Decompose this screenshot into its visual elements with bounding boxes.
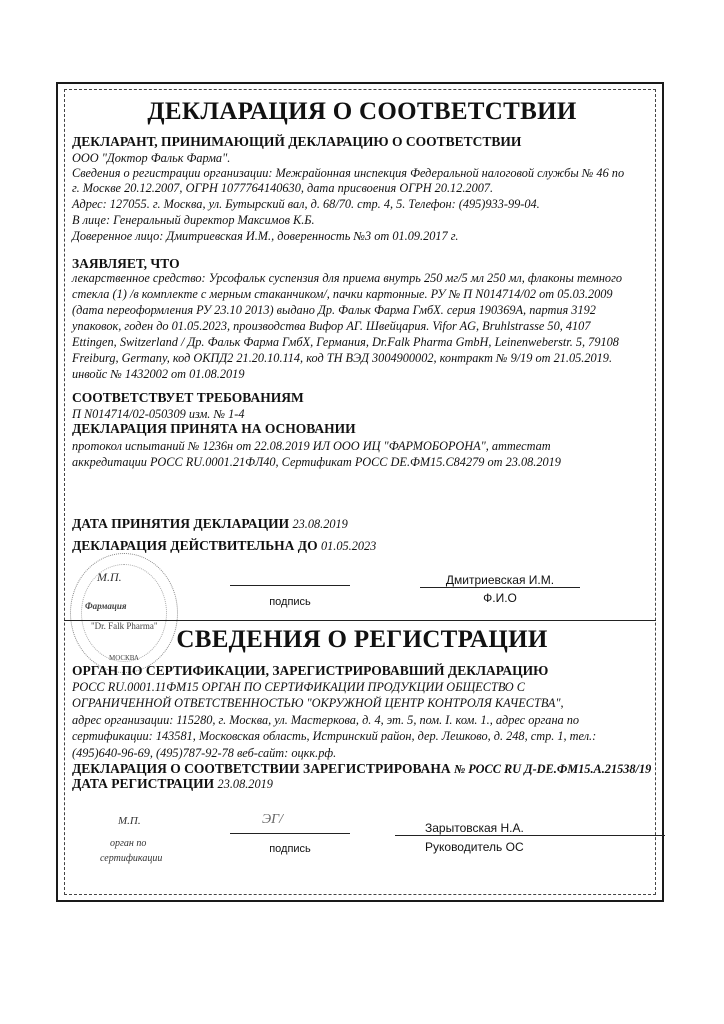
basis-line: протокол испытаний № 1236н от 22.08.2019… [72, 438, 551, 455]
signature-line-2 [230, 833, 350, 834]
signer-name: Дмитриевская И.М. [420, 573, 580, 587]
declares-line: Freiburg, Germany, код ОКПД2 21.20.10.11… [72, 350, 612, 367]
acceptance-date-label: ДАТА ПРИНЯТИЯ ДЕКЛАРАЦИИ [72, 516, 289, 531]
declares-line: стекла (1) /в комплекте с мерным стаканч… [72, 286, 613, 303]
registered-value: № РОСС RU Д-DE.ФМ15.А.21538/19 [454, 762, 651, 776]
signature-caption-2: подпись [230, 843, 350, 855]
declarant-line: В лице: Генеральный директор Максимов К.… [72, 212, 315, 229]
reg-date-value: 23.08.2019 [218, 777, 273, 791]
name-caption: Ф.И.О [420, 591, 580, 605]
mp-sub-label: сертификации [100, 853, 162, 864]
registration-title: СВЕДЕНИЯ О РЕГИСТРАЦИИ [72, 626, 652, 654]
section-divider [64, 620, 656, 621]
name-line [420, 587, 580, 588]
registered-number: ДЕКЛАРАЦИЯ О СООТВЕТСТВИИ ЗАРЕГИСТРИРОВА… [72, 761, 651, 777]
name-line-2 [395, 835, 665, 836]
valid-until-label: ДЕКЛАРАЦИЯ ДЕЙСТВИТЕЛЬНА ДО [72, 538, 318, 553]
head-title: Руководитель ОС [425, 840, 575, 854]
declarant-line: Доверенное лицо: Дмитриевская И.М., дове… [72, 228, 458, 245]
mp-label-2: М.П. [118, 815, 141, 827]
complies-heading: СООТВЕТСТВУЕТ ТРЕБОВАНИЯМ [72, 390, 304, 406]
declares-line: упаковок, годен до 01.05.2023, производс… [72, 318, 590, 335]
declarant-heading: ДЕКЛАРАНТ, ПРИНИМАЮЩИЙ ДЕКЛАРАЦИЮ О СООТ… [72, 134, 521, 150]
declares-line: Ettingen, Switzerland / Др. Фальк Фарма … [72, 334, 619, 351]
registration-date: ДАТА РЕГИСТРАЦИИ 23.08.2019 [72, 776, 273, 792]
cert-body-line: РОСС RU.0001.11ФМ15 ОРГАН ПО СЕРТИФИКАЦИ… [72, 679, 525, 696]
company-seal-stamp: М.П. Фармация "Dr. Falk Pharma" МОСКВА [70, 553, 178, 673]
signature-caption: подпись [230, 596, 350, 608]
cert-body-line: (495)640-96-69, (495)787-92-78 веб-сайт:… [72, 745, 336, 762]
basis-line: аккредитации РОСС RU.0001.21ФЛ40, Сертиф… [72, 454, 561, 471]
seal-text: МОСКВА [109, 654, 139, 662]
valid-until: ДЕКЛАРАЦИЯ ДЕЙСТВИТЕЛЬНА ДО 01.05.2023 [72, 538, 376, 554]
handwritten-signature: ЭГ/ [262, 812, 283, 828]
head-name: Зарытовская Н.А. [425, 821, 575, 835]
seal-text: Фармация [85, 601, 127, 611]
declarant-line: Адрес: 127055. г. Москва, ул. Бутырский … [72, 196, 540, 213]
cert-body-line: сертификации: 143581, Московская область… [72, 728, 596, 745]
cert-body-heading: ОРГАН ПО СЕРТИФИКАЦИИ, ЗАРЕГИСТРИРОВАВШИ… [72, 663, 548, 679]
declares-line: (дата переоформления РУ 23.10 2013) выда… [72, 302, 596, 319]
valid-until-value: 01.05.2023 [321, 539, 376, 553]
reg-date-label: ДАТА РЕГИСТРАЦИИ [72, 776, 214, 791]
signature-line [230, 585, 350, 586]
registered-label: ДЕКЛАРАЦИЯ О СООТВЕТСТВИИ ЗАРЕГИСТРИРОВА… [72, 761, 451, 776]
declares-line: инвойс № 1432002 от 01.08.2019 [72, 366, 244, 383]
acceptance-date-value: 23.08.2019 [292, 517, 347, 531]
page-title: ДЕКЛАРАЦИЯ О СООТВЕТСТВИИ [72, 98, 652, 126]
cert-body-line: ОГРАНИЧЕННОЙ ОТВЕТСТВЕННОСТЬЮ "ОКРУЖНОЙ … [72, 695, 564, 712]
mp-label: М.П. [97, 570, 122, 585]
basis-heading: ДЕКЛАРАЦИЯ ПРИНЯТА НА ОСНОВАНИИ [72, 421, 356, 437]
acceptance-date: ДАТА ПРИНЯТИЯ ДЕКЛАРАЦИИ 23.08.2019 [72, 516, 348, 532]
declares-line: лекарственное средство: Урсофальк суспен… [72, 270, 622, 287]
mp-sub-label: орган по [110, 838, 146, 849]
cert-body-line: адрес организации: 115280, г. Москва, ул… [72, 712, 579, 729]
declarant-line: г. Москве 20.12.2007, ОГРН 1077764140630… [72, 180, 493, 197]
